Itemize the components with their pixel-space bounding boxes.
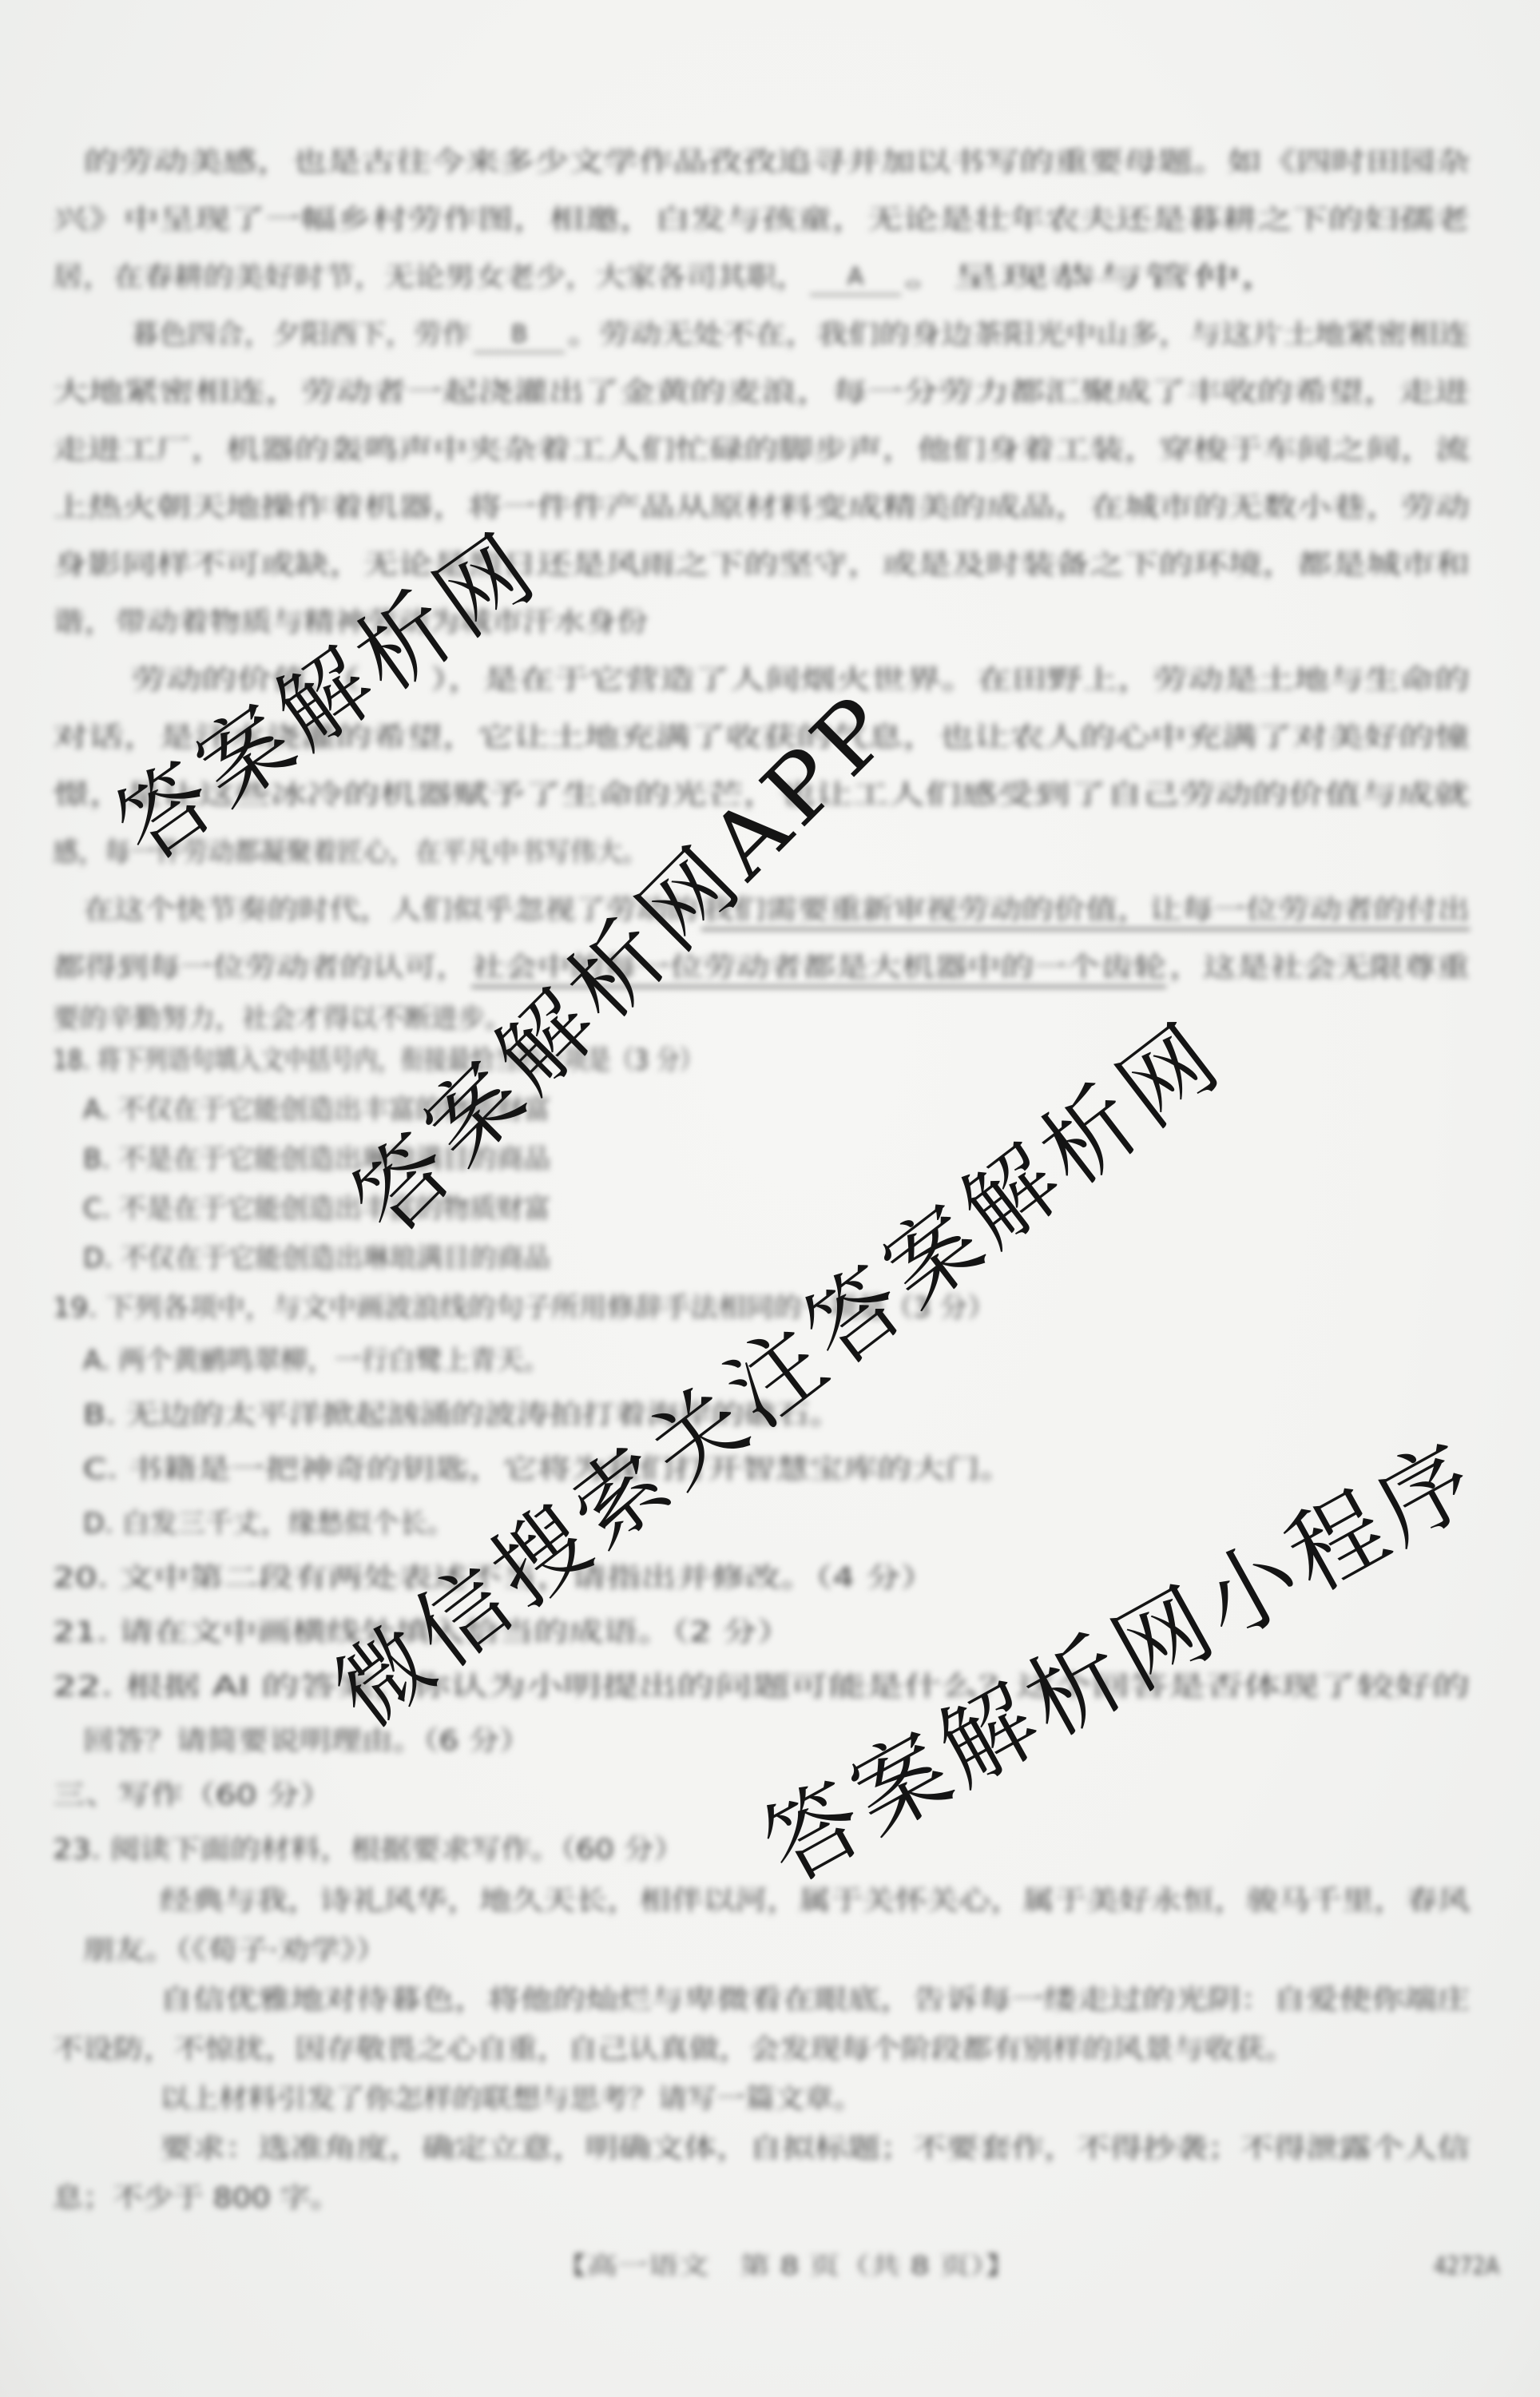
- passage-line: 的劳动美感，也是古往今来多少文学作品孜孜追寻并加以书写的重要母题。如《四时田园杂: [84, 146, 1470, 178]
- passage-line: 上热火朝天地操作着机器，将一件件产品从原材料变成精美的成品，在城市的无数小巷，劳…: [53, 491, 1470, 523]
- footer-paper-code: 4272A: [1434, 2252, 1499, 2280]
- passage-line: 大地紧密相连，劳动者一起浇灌出了金黄的麦浪，每一分劳力都汇聚成了丰收的希望，走进: [53, 376, 1470, 408]
- question-18-option-d: D. 不仅在于它能创造出琳琅满目的商品: [83, 1242, 550, 1274]
- passage-line: 。劳动无处不在，我们的身边茶阳光中山多，与这片土地紧密相连: [568, 319, 1470, 351]
- material-line: 自信优雅地对待暮色，将他的灿烂与卑微看在眼底，告诉每一缕走过的光阴：自爱使你端庄: [160, 1984, 1470, 2016]
- section-3-heading: 三、写作（60 分）: [53, 1779, 332, 1811]
- footer-page-label: 【高一语文 第 8 页（共 8 页）】: [557, 2252, 1016, 2280]
- passage-line: 走进工厂，机器的轰鸣声中夹杂着工人们忙碌的脚步声，他们身着工装，穿梭于车间之间，…: [53, 434, 1470, 466]
- material-line: 朋友。（《荀子·劝学》）: [83, 1934, 387, 1966]
- passage-line: 兴》中呈现了一幅乡村劳作图，相邀，白发与孩童，无论是壮年农夫还是暮耕之下的妇孺老: [53, 204, 1470, 236]
- blank-b-letter: B: [511, 320, 528, 348]
- passage-line: ，这是社会无限尊重: [1169, 952, 1470, 984]
- passage-line: 暮色四合，夕阳西下，劳作: [131, 319, 470, 351]
- passage-underlined-segment: 我们需要重新审视劳动的价值，让每一位劳动者的付出: [701, 894, 1470, 926]
- prompt-line: 以上材料引发了你怎样的联想与思考？请写一篇文章。: [160, 2083, 863, 2115]
- passage-line: 身影同样不可或缺，无论是烈日还是风雨之下的坚守，或是及时装备之下的环境，都是城市…: [53, 549, 1470, 581]
- question-19-option-d: D. 白发三千丈，缘愁似个长。: [83, 1508, 454, 1540]
- blurred-passage-layer: 的劳动美感，也是古往今来多少文学作品孜孜追寻并加以书写的重要母题。如《四时田园杂…: [53, 146, 1499, 2280]
- blank-a-letter: A: [847, 263, 864, 291]
- passage-line: 都得到每一位劳动者的认可，: [53, 952, 468, 984]
- requirements-line: 要求：选准角度，确定立意，明确文体，自拟标题；不要套作，不得抄袭；不得泄露个人信: [160, 2133, 1470, 2164]
- watermark-miniprogram: 答案解析网小程序: [746, 1419, 1498, 1903]
- question-22-line2: 回答？请简要说明理由。（6 分）: [83, 1725, 530, 1757]
- passage-line: 居，在春耕的美好时节，无论男女老少，大家各司其职，: [53, 261, 807, 293]
- passage-line: 。呈现恭与管仲，: [904, 261, 1288, 293]
- question-19-option-c: C. 书籍是一把神奇的钥匙，它将为我们打开智慧宝库的大门。: [83, 1453, 1014, 1485]
- page-canvas: 的劳动美感，也是古往今来多少文学作品孜孜追寻并加以书写的重要母题。如《四时田园杂…: [0, 0, 1540, 2397]
- question-19-option-a: A. 两个黄鹂鸣翠柳，一行白鹭上青天。: [83, 1345, 550, 1377]
- passage-line: 要的辛勤努力，社会才得以不断进步。: [53, 1003, 512, 1035]
- question-22-line1: 22. 根据 AI 的答案，你认为小明提出的问题可能是什么？这个回答是否体现了较…: [53, 1671, 1470, 1703]
- material-line: 不设防，不惊扰，因存敬畏之心自重，自己认真做，会发现每个阶段都有别样的风景与收获…: [53, 2033, 1295, 2065]
- question-18-option-c: C. 不是在于它能创造出丰富的物质财富: [83, 1193, 550, 1225]
- question-23-stem: 23. 阅读下面的材料，根据要求写作。（60 分）: [53, 1834, 684, 1866]
- scanned-exam-page: 的劳动美感，也是古往今来多少文学作品孜孜追寻并加以书写的重要母题。如《四时田园杂…: [0, 0, 1540, 2397]
- requirements-line: 息；不少于 800 字。: [53, 2182, 340, 2214]
